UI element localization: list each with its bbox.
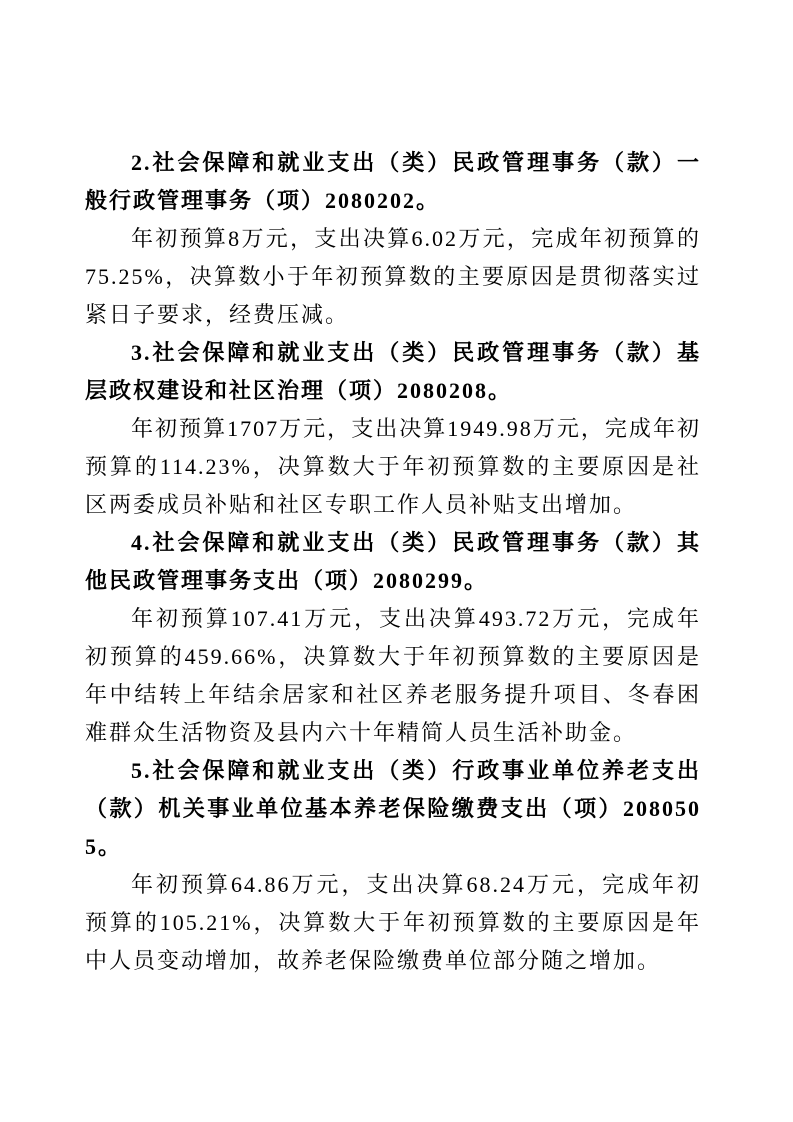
budget-item-section-2080202: 2.社会保障和就业支出（类）民政管理事务（款）一般行政管理事务（项）208020… (85, 144, 701, 334)
section-heading: 2.社会保障和就业支出（类）民政管理事务（款）一般行政管理事务（项）208020… (85, 144, 701, 220)
budget-item-section-2080299: 4.社会保障和就业支出（类）民政管理事务（款）其他民政管理事务支出（项）2080… (85, 524, 701, 752)
section-heading: 4.社会保障和就业支出（类）民政管理事务（款）其他民政管理事务支出（项）2080… (85, 524, 701, 600)
document-content: 2.社会保障和就业支出（类）民政管理事务（款）一般行政管理事务（项）208020… (85, 144, 701, 980)
section-body: 年初预算8万元，支出决算6.02万元，完成年初预算的75.25%，决算数小于年初… (85, 220, 701, 334)
section-body: 年初预算64.86万元，支出决算68.24万元，完成年初预算的105.21%，决… (85, 866, 701, 980)
document-page: 2.社会保障和就业支出（类）民政管理事务（款）一般行政管理事务（项）208020… (0, 0, 793, 1122)
section-body: 年初预算1707万元，支出决算1949.98万元，完成年初预算的114.23%，… (85, 410, 701, 524)
budget-item-section-2080505: 5.社会保障和就业支出（类）行政事业单位养老支出（款）机关事业单位基本养老保险缴… (85, 752, 701, 980)
budget-item-section-2080208: 3.社会保障和就业支出（类）民政管理事务（款）基层政权建设和社区治理（项）208… (85, 334, 701, 524)
section-heading: 3.社会保障和就业支出（类）民政管理事务（款）基层政权建设和社区治理（项）208… (85, 334, 701, 410)
section-heading: 5.社会保障和就业支出（类）行政事业单位养老支出（款）机关事业单位基本养老保险缴… (85, 752, 701, 866)
section-body: 年初预算107.41万元，支出决算493.72万元，完成年初预算的459.66%… (85, 600, 701, 752)
